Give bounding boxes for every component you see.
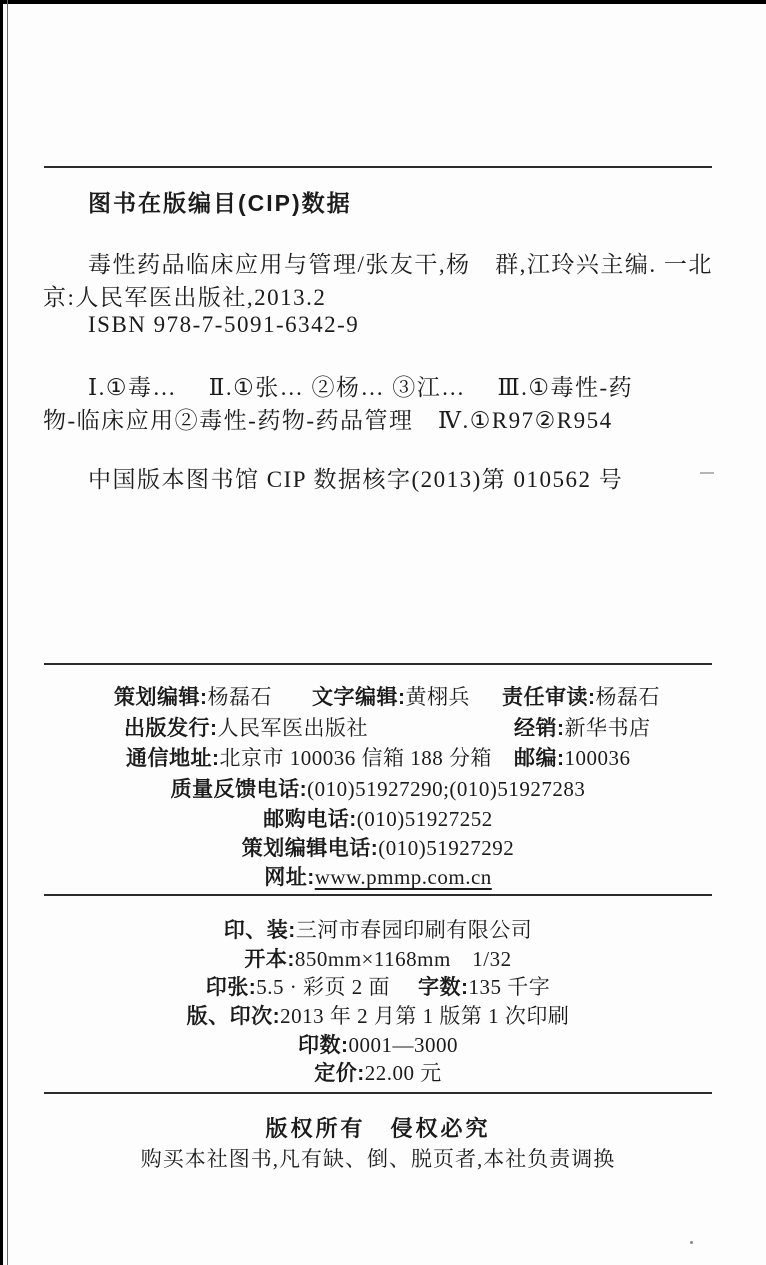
field-planning-editor-phone: 策划编辑电话:(010)51927292 xyxy=(44,832,712,862)
field-review-editor: 责任审读:杨磊石 xyxy=(502,681,660,711)
field-value: 22.00 元 xyxy=(365,1061,442,1085)
field-label: 经销: xyxy=(514,717,565,740)
scan-edge-top xyxy=(0,0,766,4)
field-label: 字数: xyxy=(418,976,469,999)
website-url: www.pmmp.com.cn xyxy=(315,865,492,889)
field-label: 邮购电话: xyxy=(263,808,357,831)
field-value: 杨磊石 xyxy=(596,685,661,709)
field-label: 通信地址: xyxy=(126,747,220,770)
field-value: (010)51927290;(010)51927283 xyxy=(307,777,585,801)
field-label: 策划编辑: xyxy=(114,686,208,709)
field-sheets-and-word-count: 印张:5.5 · 彩页 2 面字数:135 千字 xyxy=(44,971,712,1001)
field-value: 2013 年 2 月第 1 版第 1 次印刷 xyxy=(280,1004,569,1028)
field-value: (010)51927252 xyxy=(357,807,493,831)
field-value: 850mm×1168mm 1/32 xyxy=(295,947,512,971)
copyright-notice: 版权所有 侵权必究 xyxy=(44,1112,712,1143)
field-value: 北京市 100036 信箱 188 分箱 xyxy=(220,746,493,770)
field-label: 印数: xyxy=(298,1034,349,1057)
field-printer: 印、装:三河市春园印刷有限公司 xyxy=(44,914,712,944)
field-value: 135 千字 xyxy=(469,975,551,999)
field-label: 邮编: xyxy=(514,747,565,770)
exchange-policy: 购买本社图书,凡有缺、倒、脱页者,本社负责调换 xyxy=(44,1143,712,1173)
cip-classification-line1: Ⅰ.①毒… Ⅱ.①张… ②杨… ③江… Ⅲ.①毒性-药 xyxy=(88,369,633,402)
cip-title-line1: 毒性药品临床应用与管理/张友干,杨 群,江玲兴主编. 一北 xyxy=(88,246,713,279)
field-label: 印、装: xyxy=(224,919,296,942)
field-value: 人民军医出版社 xyxy=(218,716,369,740)
field-label: 文字编辑: xyxy=(312,686,406,709)
field-value: 新华书店 xyxy=(565,716,651,740)
field-label: 网址: xyxy=(264,866,315,889)
scan-artifact-dash xyxy=(700,472,714,474)
field-label: 策划编辑电话: xyxy=(242,837,379,860)
field-format: 开本:850mm×1168mm 1/32 xyxy=(44,943,712,973)
field-print-run: 印数:0001—3000 xyxy=(44,1029,712,1059)
field-label: 质量反馈电话: xyxy=(171,778,308,801)
horizontal-rule-printing xyxy=(44,894,712,896)
field-label: 开本: xyxy=(244,948,295,971)
field-distributor: 经销:新华书店 xyxy=(514,712,651,742)
field-label: 定价: xyxy=(314,1062,365,1085)
cip-record-number: 中国版本图书馆 CIP 数据核字(2013)第 010562 号 xyxy=(88,461,623,494)
field-value: 黄栩兵 xyxy=(406,685,471,709)
field-edition: 版、印次:2013 年 2 月第 1 版第 1 次印刷 xyxy=(44,1000,712,1030)
field-postal-code: 邮编:100036 xyxy=(514,742,631,772)
field-price: 定价:22.00 元 xyxy=(44,1057,712,1087)
field-mail-order-phone: 邮购电话:(010)51927252 xyxy=(44,803,712,833)
isbn-number: ISBN 978-7-5091-6342-9 xyxy=(88,312,359,338)
cip-classification-line2: 物-临床应用②毒性-药物-药品管理 Ⅳ.①R97②R954 xyxy=(43,402,613,435)
cip-heading: 图书在版编目(CIP)数据 xyxy=(88,185,352,218)
scan-edge-left xyxy=(0,0,3,1265)
book-copyright-page: 图书在版编目(CIP)数据 毒性药品临床应用与管理/张友干,杨 群,江玲兴主编.… xyxy=(0,0,766,1265)
field-label: 印张: xyxy=(206,976,257,999)
field-value: 0001—3000 xyxy=(349,1033,459,1057)
horizontal-rule-publisher xyxy=(44,663,712,665)
field-label: 责任审读: xyxy=(502,686,596,709)
cip-title-line2: 京:人民军医出版社,2013.2 xyxy=(43,279,326,312)
horizontal-rule-footer xyxy=(44,1092,712,1094)
field-postal-address: 通信地址:北京市 100036 信箱 188 分箱 xyxy=(126,742,492,772)
field-publisher: 出版发行:人民军医出版社 xyxy=(124,712,368,742)
field-value: 100036 xyxy=(565,746,631,770)
field-value: 杨磊石 xyxy=(208,685,273,709)
field-website: 网址:www.pmmp.com.cn xyxy=(44,861,712,891)
scan-artifact-dot xyxy=(690,1241,693,1244)
scan-edge-line xyxy=(7,0,8,1265)
field-value: 5.5 · 彩页 2 面 xyxy=(256,975,390,999)
field-feedback-phone: 质量反馈电话:(010)51927290;(010)51927283 xyxy=(44,773,712,803)
field-text-editor: 文字编辑:黄栩兵 xyxy=(312,681,470,711)
field-label: 出版发行: xyxy=(124,717,218,740)
field-label: 版、印次: xyxy=(187,1005,281,1028)
horizontal-rule-top xyxy=(44,166,712,168)
field-planning-editor: 策划编辑:杨磊石 xyxy=(114,681,272,711)
field-value: (010)51927292 xyxy=(378,836,514,860)
field-value: 三河市春园印刷有限公司 xyxy=(296,918,533,942)
